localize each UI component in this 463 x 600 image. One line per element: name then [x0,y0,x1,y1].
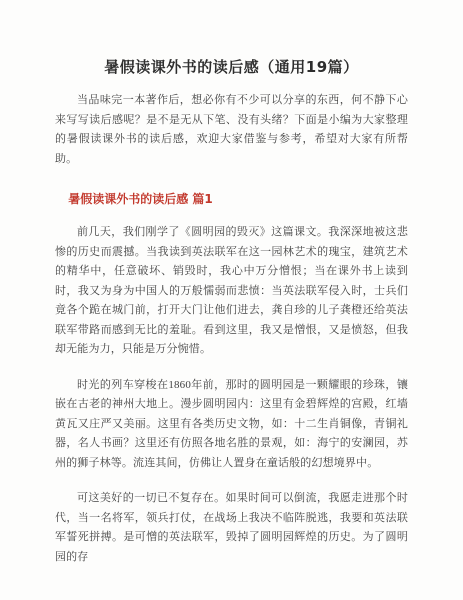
intro-paragraph: 当品味完一本著作后，想必你有不少可以分享的东西，何不静下心来写写读后感呢？是不是… [55,91,408,169]
section-heading: 暑假读课外书的读后感 篇1 [55,190,408,207]
body-paragraph: 可这美好的一切已不复存在。如果时间可以倒流，我愿走进那个时代，当一名将军，领兵打… [55,489,408,567]
document-page: 暑假读课外书的读后感（通用19篇） 当品味完一本著作后，想必你有不少可以分享的东… [0,0,463,600]
body-paragraph: 前几天，我们刚学了《圆明园的毁灭》这篇课文。我深深地被这悲惨的历史而震撼。当我读… [55,223,408,360]
body-paragraph: 时光的列车穿梭在1860年前，那时的圆明园是一颗耀眼的珍珠，镶嵌在古老的神州大地… [55,376,408,474]
document-title: 暑假读课外书的读后感（通用19篇） [45,56,418,77]
